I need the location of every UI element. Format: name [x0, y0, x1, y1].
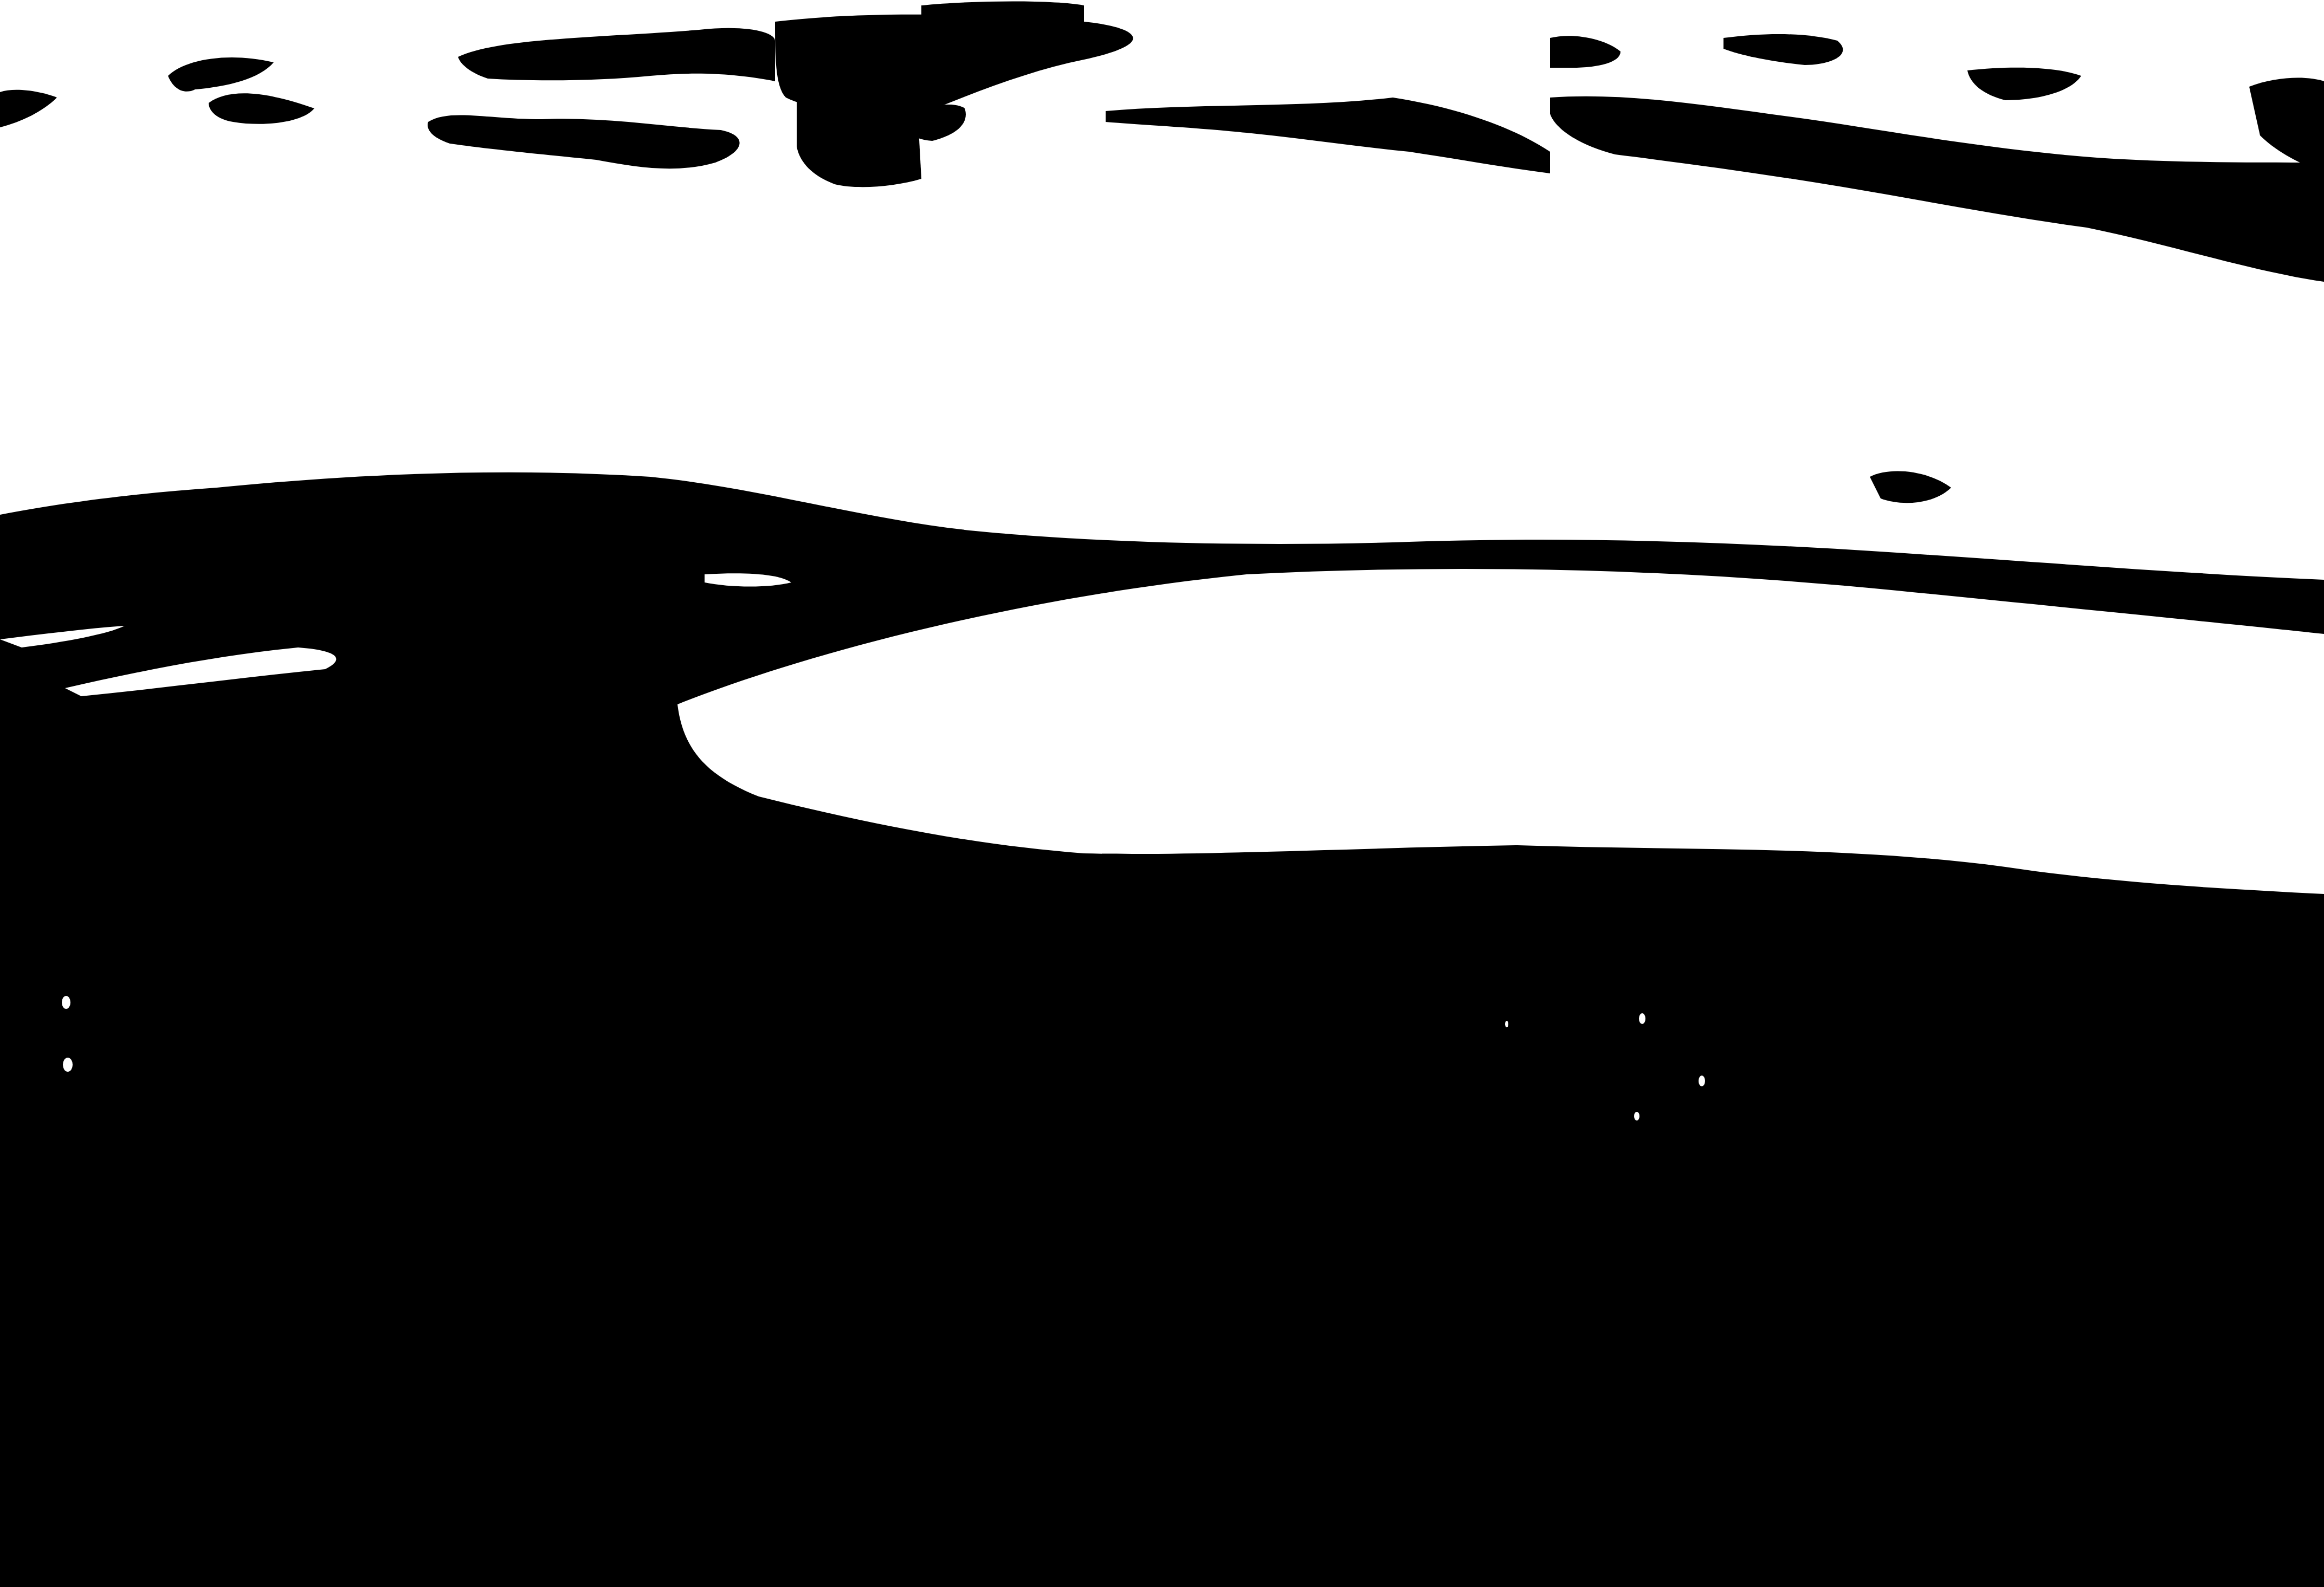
binarized-landscape-image: [0, 0, 2324, 1587]
